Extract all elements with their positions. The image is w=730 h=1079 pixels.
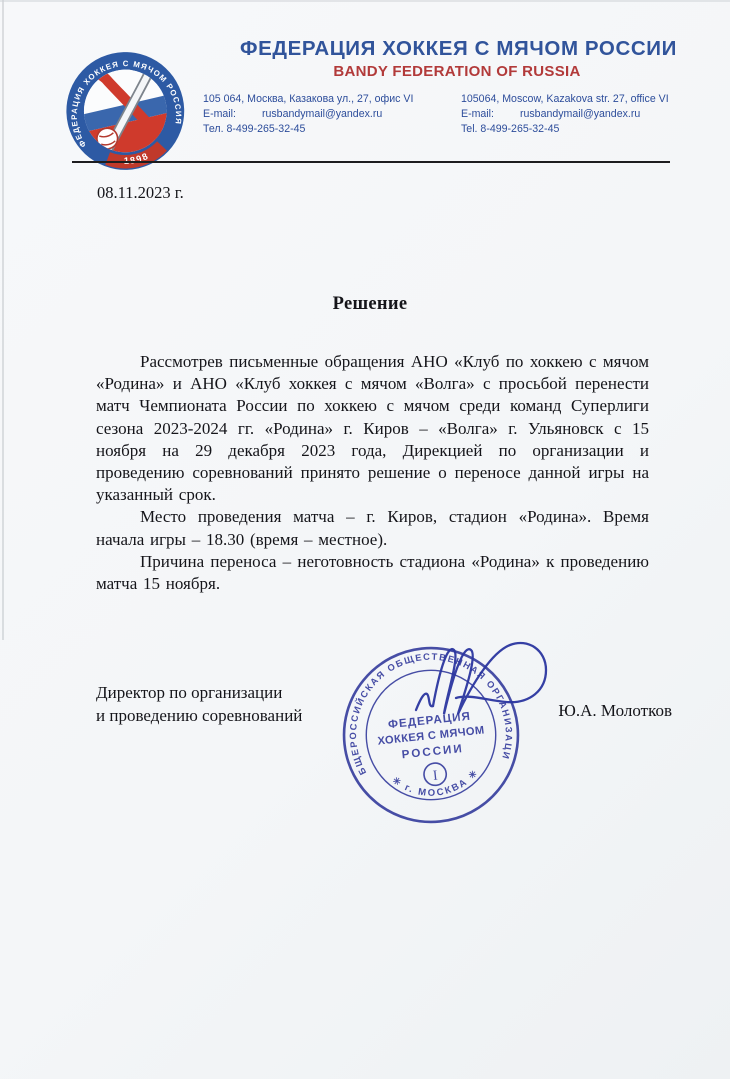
signer-position-line2: и проведению соревнований xyxy=(96,704,302,727)
federation-emblem-icon: ФЕДЕРАЦИЯ ХОККЕЯ С МЯЧОМ РОССИЯ 1898 xyxy=(50,34,201,194)
header-divider-line xyxy=(72,161,670,163)
org-name-english: BANDY FEDERATION OF RUSSIA xyxy=(240,63,674,80)
document-date: 08.11.2023 г. xyxy=(97,183,184,203)
stamp-center-line3: РОССИИ xyxy=(401,742,464,761)
signer-position: Директор по организации и проведению сор… xyxy=(96,681,302,727)
address-en: 105064, Moscow, Kazakova str. 27, office… xyxy=(461,92,717,107)
document-body: Рассмотрев письменные обращения АНО «Клу… xyxy=(96,351,649,595)
document-title: Решение xyxy=(90,294,650,315)
scan-edge-artifact-top xyxy=(0,0,730,2)
email-address-en: rusbandymail@yandex.ru xyxy=(520,108,640,120)
stamp-numeral: I xyxy=(432,768,439,784)
contact-block-english: 105064, Moscow, Kazakova str. 27, office… xyxy=(461,92,717,137)
scanned-letter-page: ФЕДЕРАЦИЯ ХОККЕЯ С МЯЧОМ РОССИЯ 1898 ФЕД… xyxy=(0,0,730,1079)
paragraph-1: Рассмотрев письменные обращения АНО «Клу… xyxy=(96,351,649,506)
paragraph-3: Причина переноса – неготовность стадиона… xyxy=(96,551,649,595)
address-ru: 105 064, Москва, Казакова ул., 27, офис … xyxy=(203,92,459,107)
phone-ru: Тел. 8-499-265-32-45 xyxy=(203,122,459,137)
email-address-ru: rusbandymail@yandex.ru xyxy=(262,108,382,120)
email-row-en: E-mail:rusbandymail@yandex.ru xyxy=(461,107,717,122)
handwritten-signature xyxy=(380,628,570,743)
email-label-ru: E-mail: xyxy=(203,108,236,120)
paragraph-2: Место проведения матча – г. Киров, стади… xyxy=(96,506,649,550)
scan-edge-artifact xyxy=(2,0,4,640)
email-row-ru: E-mail:rusbandymail@yandex.ru xyxy=(203,107,459,122)
phone-en: Tel. 8-499-265-32-45 xyxy=(461,122,717,137)
federation-emblem-logo: ФЕДЕРАЦИЯ ХОККЕЯ С МЯЧОМ РОССИЯ 1898 xyxy=(50,34,201,194)
email-label-en: E-mail: xyxy=(461,108,494,120)
contact-block-russian: 105 064, Москва, Казакова ул., 27, офис … xyxy=(203,92,459,137)
signer-position-line1: Директор по организации xyxy=(96,681,302,704)
org-name-russian: ФЕДЕРАЦИЯ ХОККЕЯ С МЯЧОМ РОССИИ xyxy=(240,37,674,61)
